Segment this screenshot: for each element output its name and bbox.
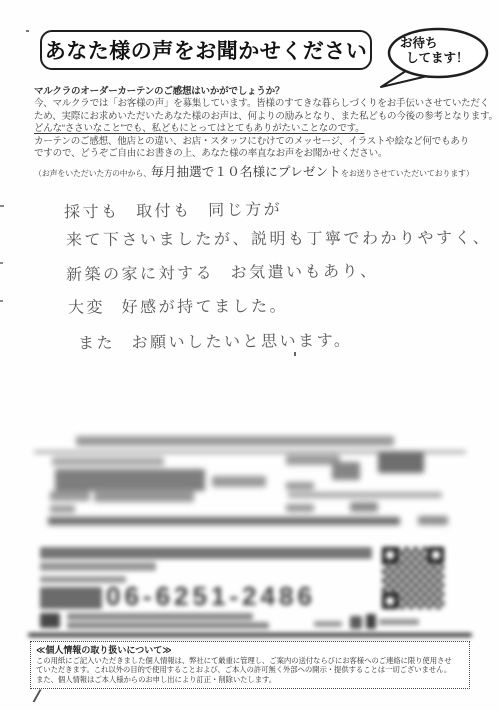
blurred-text-blob [48,517,400,525]
handwritten-line-2: 来て下さいましたが、説明も丁寧でわかりやすく、 [66,225,491,250]
blurred-text-blob [40,547,372,559]
privacy-policy-line-3: また、個人情報はご本人様からのお申し出により訂正・削除いたします。 [36,675,464,685]
intro-line-2: 今、マルクラでは「お客様の声」を募集しています。皆様のすてきな暮らしづくりをお手… [34,98,472,110]
page-title: あなた様の声をお聞かせください [45,35,368,65]
blurred-text-blob [50,505,75,513]
prize-line-highlight: 毎月抽選で１０名様にプレゼント [151,165,341,179]
scanned-feedback-card: あなた様の声をお聞かせください お待ち してます！ マルクラのオーダーカーテンの… [0,0,500,710]
blurred-text-blob [314,621,342,627]
blurred-text-blob [212,476,266,487]
blurred-text-blob [350,616,362,629]
blurred-text-blob [94,489,194,502]
blurred-text-blob [366,614,376,629]
speech-bubble-line2: してます！ [400,51,480,66]
intro-line-1: マルクラのオーダーカーテンのご感想はいかがでしょうか？ [34,86,472,98]
blurred-text-blob [379,619,419,625]
blurred-text-blob [40,562,156,571]
scan-artifact [0,300,3,302]
qr-finder-pattern [428,547,444,563]
speech-bubble: お待ち してます！ [378,27,490,91]
intro-line-6: ですので、どうぞご自由にお書きの上、あなた様の率直なお声をお聞かせください。 [34,148,472,160]
blurred-text-blob [67,622,269,629]
intro-line-3: ため、実際にお求めいただいたあなた様のお声は、何よりの励みとなり、また私どもの今… [34,111,472,123]
speech-bubble-text: お待ち してます！ [400,36,480,66]
blurred-text-blob [76,436,394,446]
handwritten-line-3: 新築の家に対する お気遣いもあり、 [66,258,379,285]
blurred-text-blob [67,613,253,620]
blurred-text-blob [418,516,448,525]
qr-finder-pattern [382,547,398,563]
blurred-logo-blob [40,613,60,628]
blurred-text-blob [350,502,378,512]
blurred-text-blob [332,462,360,480]
scan-artifact [0,205,4,207]
handwritten-line-1: 採寸も 取付も 同じ方が [64,196,282,222]
scan-artifact [26,30,29,32]
blurred-personal-info-form [30,430,470,528]
intro-line-5: カーテンのご感想、他店との違い、お店・スタッフにむけてのメッセージ、イラストや絵… [34,136,472,148]
blurred-name-blob [55,469,205,491]
intro-line-4-underlined: どんな“ささいなこと”でも、私どもにとってはとてもありがたいことなのです。 [34,123,472,135]
prize-line-post: をお送りさせていただいております） [341,169,474,178]
qr-finder-pattern [382,593,398,609]
qr-code [382,547,444,609]
intro-text-block: マルクラのオーダーカーテンのご感想はいかがでしょうか？ 今、マルクラでは「お客様… [34,86,472,181]
blurred-text-blob [286,504,314,512]
prize-line-pre: （お声をいただいた方の中から、 [34,169,151,178]
scan-artifact [294,352,296,356]
shop-phone-number: 06-6251-2486 [106,581,316,612]
privacy-policy-box: ≪個人情報の取り扱いについて≫ この用紙にご記入いただきました個人情報は、弊社に… [30,641,470,689]
blurred-text-blob [288,492,442,498]
privacy-policy-line-2: ていただきます。これ以外の目的で使用することおよび、ご本人の許可無く外部への開示… [36,665,464,675]
handwritten-line-5: また お願いしたいと思います。 [78,328,353,354]
blurred-phone-prefix-blob [40,587,102,609]
blurred-text-blob [286,482,314,490]
blurred-text-blob [52,457,164,466]
speech-bubble-line1: お待ち [400,36,480,51]
blurred-text-blob [378,453,424,473]
handwritten-line-4: 大変 好感が持てました。 [68,293,288,318]
prize-line: （お声をいただいた方の中から、毎月抽選で１０名様にプレゼントをお送りさせていただ… [34,162,472,181]
blurred-bottom-rule [28,633,472,637]
header-title-box: あなた様の声をお聞かせください [40,30,372,70]
privacy-policy-line-1: この用紙にご記入いただきました個人情報は、弊社にて厳重に管理し、ご案内の送付なら… [36,656,464,666]
blurred-text-blob [50,491,90,501]
scan-artifact [0,262,3,264]
privacy-policy-title: ≪個人情報の取り扱いについて≫ [36,645,464,656]
blurred-shop-contact-strip: 06-6251-2486 [30,543,470,639]
